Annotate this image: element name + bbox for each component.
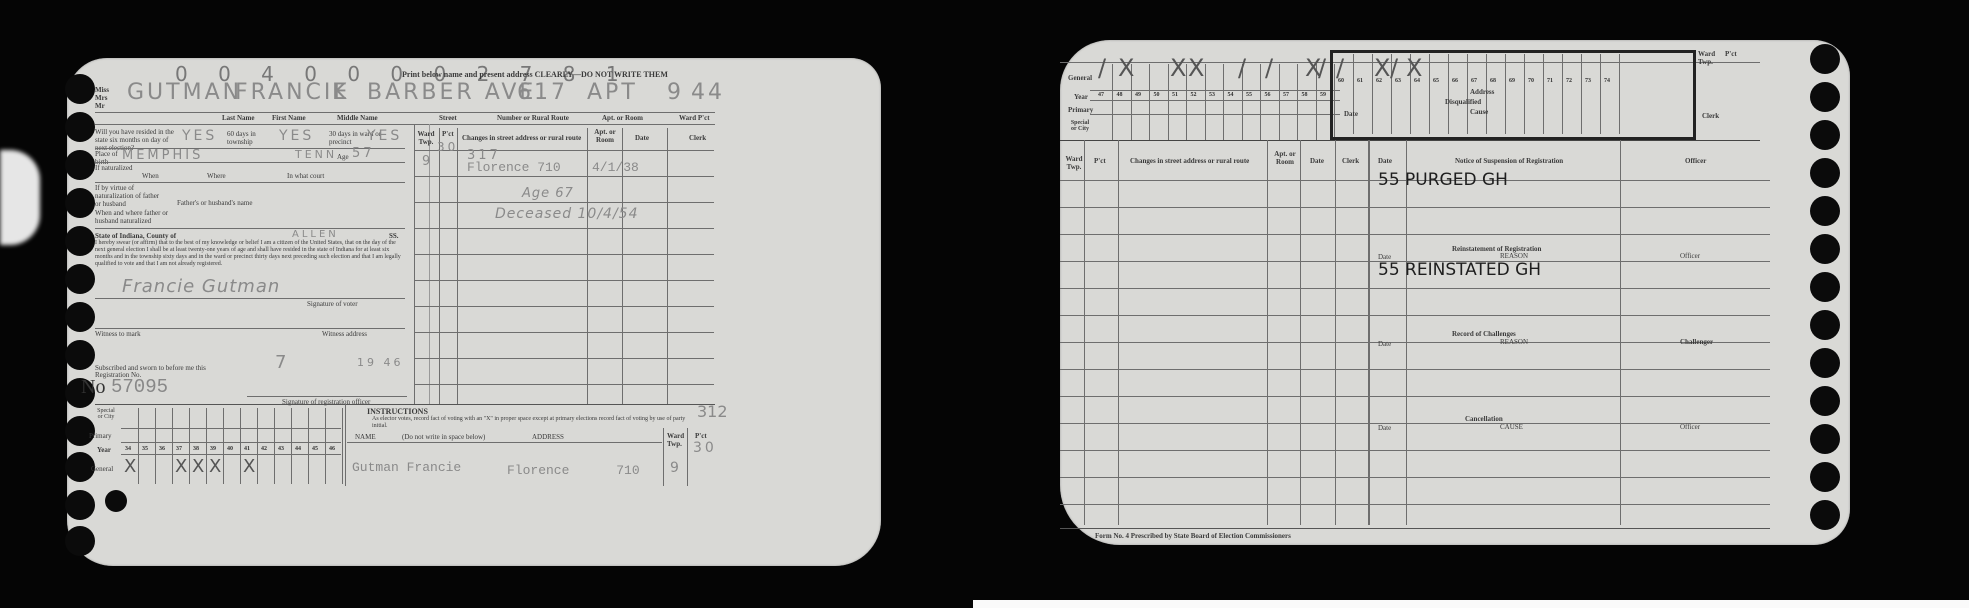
scan-artifact — [0, 150, 40, 245]
year-cell: 49 — [1135, 92, 1141, 98]
year-cell: 39 — [210, 446, 216, 452]
challenges-date-label: Date — [1378, 340, 1391, 348]
punch-hole — [1810, 272, 1840, 302]
year-cell: 54 — [1228, 92, 1234, 98]
punch-hole — [1810, 44, 1840, 74]
apt-value: APT — [587, 80, 638, 105]
table-row-line — [1060, 450, 1770, 451]
instr-name-typed: Gutman Francie — [352, 460, 461, 475]
punch-hole — [1810, 462, 1840, 492]
back-th-changes: Changes in street address or rural route — [1130, 157, 1249, 165]
punch-hole — [65, 302, 95, 332]
street-label: Street — [439, 114, 457, 122]
row-date: 4/1/38 — [592, 160, 639, 175]
vote-mark: X — [1406, 54, 1422, 82]
ss-label: SS. — [389, 232, 399, 240]
purged-stamp: 55 PURGED GH — [1378, 170, 1508, 190]
year-cell: 57 — [1283, 92, 1289, 98]
year-cell: 73 — [1585, 78, 1591, 84]
punch-hole — [1810, 82, 1840, 112]
year-cell: 69 — [1509, 78, 1515, 84]
year-cell: 56 — [1265, 92, 1271, 98]
challenges-challenger-label: Challenger — [1680, 338, 1713, 346]
punch-hole — [1810, 386, 1840, 416]
township-label: 60 days in township — [227, 130, 272, 146]
witness-address-label: Witness address — [322, 330, 367, 338]
punch-hole — [1810, 158, 1840, 188]
punch-hole — [65, 264, 95, 294]
back-th-pct: P'ct — [1094, 157, 1106, 165]
year-cell: 48 — [1117, 92, 1123, 98]
vote-mark: X — [1374, 54, 1390, 82]
voter-signature-label: Signature of voter — [307, 300, 358, 308]
challenges-reason-label: REASON — [1500, 338, 1528, 346]
year-cell: 37 — [176, 446, 182, 452]
subscribed-day: 7 — [275, 352, 289, 373]
year-cell: 46 — [329, 446, 335, 452]
punch-hole — [65, 150, 95, 180]
vote-mark: / — [1390, 54, 1398, 82]
virtue-label: If by virtue of naturalization of father… — [95, 184, 165, 208]
back-clerk-label: Clerk — [1702, 112, 1719, 120]
back-th-date: Date — [1310, 157, 1324, 165]
row-change: Deceased 10/4/54 — [495, 206, 639, 222]
back-grid-label-general: General — [1068, 74, 1092, 82]
year-cell: 38 — [193, 446, 199, 452]
year-cell: 50 — [1154, 92, 1160, 98]
township-answer: YES — [279, 128, 314, 144]
general-vote-mark: X — [192, 456, 204, 477]
year-cell: 65 — [1433, 78, 1439, 84]
back-grid-label-primary: Primary — [1068, 106, 1093, 114]
vote-mark: / — [1336, 54, 1344, 82]
registration-card-front: 0 0 4 0 0 0 0 2 7 8 1 Print below name a… — [67, 58, 881, 566]
punch-hole — [1810, 234, 1840, 264]
reinstated-stamp: 55 REINSTATED GH — [1378, 260, 1541, 280]
subscribed-year: 19 46 — [357, 356, 404, 369]
reinstatement-officer-label: Officer — [1680, 252, 1700, 260]
back-th-clerk: Clerk — [1342, 157, 1359, 165]
oath-text: I hereby swear (or affirm) that to the b… — [95, 240, 405, 268]
year-cell: 59 — [1320, 92, 1326, 98]
year-cell: 36 — [159, 446, 165, 452]
disq-address-label: Address — [1470, 88, 1494, 96]
grid-label-year: Year — [97, 446, 111, 454]
punch-hole — [1810, 424, 1840, 454]
prefix-labels: Miss Mrs Mr — [95, 86, 109, 110]
year-cell: 70 — [1528, 78, 1534, 84]
th-apt: Apt. or Room — [590, 128, 620, 144]
year-cell: 53 — [1209, 92, 1215, 98]
birthplace-value: MEMPHIS — [122, 148, 203, 163]
back-th-apt: Apt. or Room — [1272, 150, 1298, 166]
th-clerk: Clerk — [689, 134, 706, 142]
table-row-line — [1060, 315, 1770, 316]
year-cell: 58 — [1302, 92, 1308, 98]
year-cell: 45 — [312, 446, 318, 452]
punch-hole — [65, 416, 95, 446]
row-pct: 30 — [437, 140, 458, 154]
county-value: ALLEN — [292, 229, 339, 240]
back-ward-label: Ward Twp. — [1698, 50, 1716, 66]
general-vote-mark: X — [175, 456, 187, 477]
grid-label-general: General — [91, 465, 113, 473]
back-grid-label-year: Year — [1074, 93, 1088, 101]
year-cell: 41 — [244, 446, 250, 452]
row-change: Florence 710 — [467, 160, 561, 175]
year-cell: 71 — [1547, 78, 1553, 84]
back-grid-label-special: Special or City — [1068, 120, 1092, 132]
instructions-text: As elector votes, record fact of voting … — [372, 416, 702, 430]
row-change: Age 67 — [522, 186, 574, 201]
table-row-line — [1060, 234, 1770, 235]
witness-label: Witness to mark — [95, 330, 141, 338]
instr-address-typed: Florence 710 — [507, 463, 640, 478]
last-name-value: GUTMAN — [127, 80, 242, 105]
last-name-label: Last Name — [222, 114, 254, 122]
punch-hole — [65, 490, 95, 520]
challenges-title: Record of Challenges — [1452, 330, 1516, 338]
ward-residency-answer: YES — [367, 128, 402, 144]
table-row-line — [1060, 369, 1770, 370]
state-residency-answer: YES — [182, 128, 217, 144]
year-cell: 68 — [1490, 78, 1496, 84]
number-value: 617 — [517, 80, 568, 105]
street-value: BARBER AVE — [367, 80, 536, 105]
year-cell: 61 — [1357, 78, 1363, 84]
year-cell: 35 — [142, 446, 148, 452]
year-cell: 43 — [278, 446, 284, 452]
th-changes: Changes in street address or rural route — [462, 134, 581, 142]
year-cell: 55 — [1246, 92, 1252, 98]
punch-hole — [1810, 348, 1840, 378]
form-footer: Form No. 4 Prescribed by State Board of … — [1095, 532, 1291, 540]
reinstatement-title: Reinstatement of Registration — [1452, 245, 1541, 253]
year-cell: 52 — [1191, 92, 1197, 98]
father-naturalized-label: When and where father or husband natural… — [95, 209, 187, 225]
middle-name-label: Middle Name — [337, 114, 378, 122]
instr-ward-value: 9 — [670, 460, 682, 476]
margin-note: 312 — [697, 402, 728, 421]
voter-signature: Francie Gutman — [122, 276, 280, 297]
year-cell: 34 — [125, 446, 131, 452]
vote-mark: X — [1170, 54, 1186, 82]
reinstatement-reason-label: REASON — [1500, 252, 1528, 260]
ward-value: 9 — [667, 80, 684, 105]
state-county-label: State of Indiana, County of — [95, 232, 176, 240]
cancellation-title: Cancellation — [1465, 415, 1503, 423]
general-vote-mark: X — [243, 456, 255, 477]
table-row-line — [1060, 504, 1770, 505]
registration-number: 57095 — [111, 376, 168, 398]
vote-mark: / — [1098, 54, 1106, 82]
table-row-line — [1060, 288, 1770, 289]
year-cell: 47 — [1098, 92, 1104, 98]
punch-hole — [105, 490, 127, 512]
instr-pct-value: 30 — [693, 440, 717, 456]
vote-mark: X — [1118, 54, 1134, 82]
apt-label: Apt. or Room — [602, 114, 643, 122]
th-pct: P'ct — [442, 130, 454, 138]
vote-mark: X — [1188, 54, 1204, 82]
year-cell: 44 — [295, 446, 301, 452]
back-pct-label: P'ct — [1725, 50, 1737, 58]
general-vote-mark: X — [209, 456, 221, 477]
vote-mark: / — [1238, 54, 1246, 82]
suspension-date-label: Date — [1378, 157, 1392, 165]
year-cell: 51 — [1172, 92, 1178, 98]
punch-hole — [65, 74, 95, 104]
th-date: Date — [635, 134, 649, 142]
year-cell: 74 — [1604, 78, 1610, 84]
table-row-line — [1060, 477, 1770, 478]
naturalized-where-label: Where — [207, 172, 226, 180]
instr-do-not-write: (Do not write in space below) — [402, 433, 485, 441]
age-label: Age — [337, 153, 349, 161]
birth-state-value: TENN — [295, 148, 337, 161]
instr-address-label: ADDRESS — [532, 433, 564, 441]
instr-pct-label: P'ct — [695, 432, 707, 440]
punch-hole — [65, 226, 95, 256]
general-vote-mark: X — [124, 456, 136, 477]
disq-date-label: Date — [1344, 110, 1358, 118]
year-cell: 66 — [1452, 78, 1458, 84]
table-row-line — [1060, 342, 1770, 343]
suspension-title: Notice of Suspension of Registration — [1455, 157, 1563, 165]
th-ward: Ward Twp. — [414, 130, 438, 146]
punch-hole — [65, 188, 95, 218]
table-row-line — [1060, 396, 1770, 397]
punch-hole — [65, 526, 95, 556]
ward-pct-label: Ward P'ct — [679, 114, 710, 122]
punch-hole — [1810, 120, 1840, 150]
vote-mark: / — [1318, 54, 1326, 82]
cancellation-date-label: Date — [1378, 424, 1391, 432]
instr-name-label: NAME — [355, 433, 376, 441]
punch-hole — [1810, 500, 1840, 530]
naturalized-court-label: In what court — [287, 172, 324, 180]
reg-no-prefix: No — [81, 376, 105, 399]
middle-name-value: K — [332, 80, 349, 105]
naturalized-label: If naturalized — [95, 164, 133, 172]
grid-label-primary: Primary — [89, 432, 112, 440]
suspension-officer-label: Officer — [1685, 157, 1706, 165]
instructions-title: INSTRUCTIONS — [367, 408, 428, 416]
cancellation-officer-label: Officer — [1680, 423, 1700, 431]
year-cell: 72 — [1566, 78, 1572, 84]
age-value: 57 — [352, 146, 375, 161]
disq-label: Disqualified — [1445, 98, 1481, 106]
father-name-label: Father's or husband's name — [177, 199, 252, 207]
punch-hole — [65, 340, 95, 370]
table-row-line — [1060, 423, 1770, 424]
row-ward: 9 — [422, 154, 433, 169]
year-cell: 40 — [227, 446, 233, 452]
punch-hole — [1810, 196, 1840, 226]
pct-value: 44 — [691, 80, 725, 105]
scan-edge — [973, 600, 1969, 608]
vote-mark: / — [1265, 54, 1273, 82]
number-label: Number or Rural Route — [497, 114, 569, 122]
header-instruction: Print below name and present address CLE… — [402, 71, 668, 79]
year-cell: 42 — [261, 446, 267, 452]
registration-card-back: General Year Primary Special or City 474… — [1060, 40, 1850, 545]
instr-ward-label: Ward Twp. — [667, 432, 685, 448]
naturalized-when-label: When — [142, 172, 159, 180]
first-name-label: First Name — [272, 114, 306, 122]
cancellation-cause-label: CAUSE — [1500, 423, 1523, 431]
back-th-ward: Ward Twp. — [1064, 155, 1084, 171]
table-row-line — [1060, 207, 1770, 208]
year-cell: 67 — [1471, 78, 1477, 84]
punch-hole — [1810, 310, 1840, 340]
disq-cause-label: Cause — [1470, 108, 1488, 116]
punch-hole — [65, 112, 95, 142]
grid-label-special: Special or City — [95, 408, 117, 420]
